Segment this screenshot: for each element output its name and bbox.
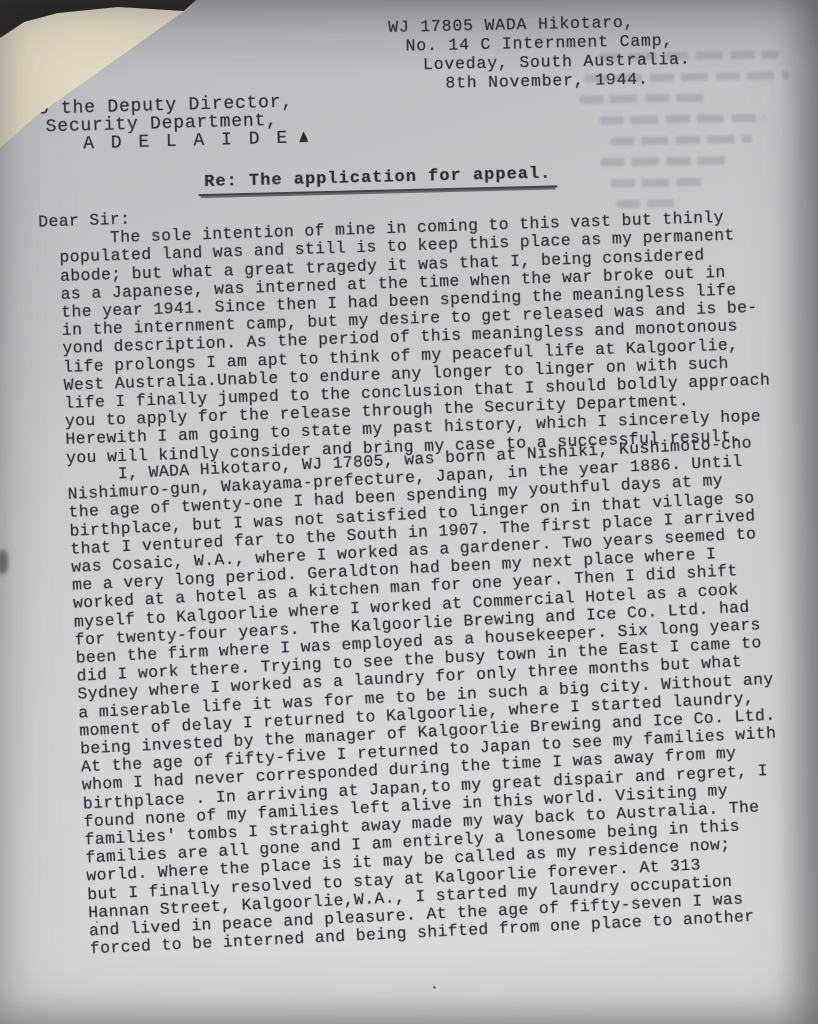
body-paragraph-2: I, WADA Hikotaro, WJ 17805, was born at … (66, 433, 795, 958)
subject-line: Re: The application for appeal. (204, 164, 558, 196)
letter-body: Dear Sir: The sole intention of mine in … (58, 190, 789, 959)
bleed-through-line (610, 135, 752, 145)
bleed-through-line (600, 114, 765, 125)
paper-speck (433, 986, 436, 989)
body-paragraph-1: The sole intention of mine in coming to … (59, 208, 773, 468)
recipient-city-line: A D E L A I D E (83, 129, 308, 153)
subject-text: Re: The application for appeal. (198, 164, 558, 196)
bleed-through-line (611, 178, 707, 188)
letter-photo: WJ 17805 WADA Hikotaro, No. 14 C Internm… (0, 0, 818, 1024)
bleed-through-line (600, 156, 732, 166)
bleed-through-line (579, 94, 707, 104)
paper-speck (96, 921, 98, 923)
ink-blot-icon (299, 131, 308, 142)
paper-edge-smudge (0, 550, 8, 574)
sender-address-block: WJ 17805 WADA Hikotaro, No. 14 C Internm… (388, 12, 691, 94)
